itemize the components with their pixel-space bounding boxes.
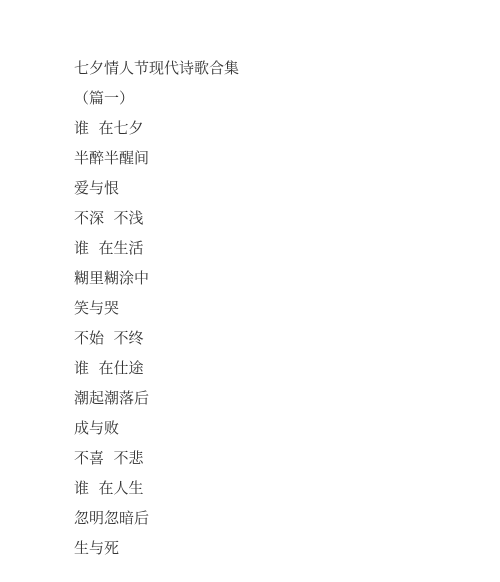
poem-line: 生与死 [74, 537, 239, 567]
poem-line: 谁 在七夕 [74, 117, 239, 147]
poem-line: 谁 在生活 [74, 237, 239, 267]
poem-line: 潮起潮落后 [74, 387, 239, 417]
poem-line: 爱与恨 [74, 177, 239, 207]
document-title: 七夕情人节现代诗歌合集 [74, 57, 239, 87]
poem-line: 不深 不浅 [74, 207, 239, 237]
poem-line: 谁 在仕途 [74, 357, 239, 387]
poem-line: 谁 在人生 [74, 477, 239, 507]
poem-line: 笑与哭 [74, 297, 239, 327]
poem-line: 半醉半醒间 [74, 147, 239, 177]
poem-line: 不始 不终 [74, 327, 239, 357]
poem-line: 糊里糊涂中 [74, 267, 239, 297]
section-heading: （篇一） [74, 87, 239, 117]
document-body: 七夕情人节现代诗歌合集 （篇一） 谁 在七夕 半醉半醒间 爱与恨 不深 不浅 谁… [74, 57, 239, 567]
poem-line: 不喜 不悲 [74, 447, 239, 477]
poem-line: 成与败 [74, 417, 239, 447]
poem-line: 忽明忽暗后 [74, 507, 239, 537]
